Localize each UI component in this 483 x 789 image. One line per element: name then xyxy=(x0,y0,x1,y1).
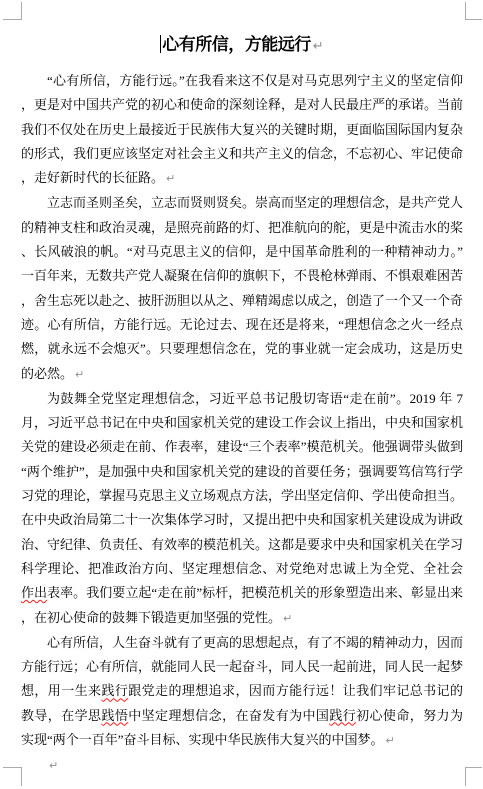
paragraph[interactable]: 心有所信，人生奋斗就有了更高的思想起点，有了不竭的精神动力，因而方能行远；心有所… xyxy=(21,631,463,753)
paragraph[interactable]: “心有所信，方能行远。”在我看来这不仅是对马克思列宁主义的坚定信仰，更是对中国共… xyxy=(21,69,463,191)
margin-crop-mark-top-left xyxy=(3,2,22,20)
spellcheck-underline: 践悟 xyxy=(101,708,128,723)
margin-crop-mark-top-right xyxy=(465,2,482,20)
margin-crop-mark-bottom-right xyxy=(465,767,482,786)
paragraph[interactable]: 为鼓舞全党坚定理想信念，习近平总书记殷切寄语“走在前”。2019 年 7 月，习… xyxy=(21,387,463,631)
spellcheck-underline: 作出 xyxy=(21,585,47,600)
document-title[interactable]: 心有所信，方能远行↵ xyxy=(21,31,463,60)
word-document-page: { "marks": { "pilcrow": "↵" }, "colors":… xyxy=(0,0,483,789)
spellcheck-underline: 践行 xyxy=(329,708,356,723)
spellcheck-underline: 践行 xyxy=(101,683,128,698)
paragraph[interactable]: ↵ xyxy=(21,753,463,778)
paragraph-mark-icon: ↵ xyxy=(47,759,58,772)
paragraph-mark-icon: ↵ xyxy=(73,368,84,381)
paragraph-container[interactable]: “心有所信，方能行远。”在我看来这不仅是对马克思列宁主义的坚定信仰，更是对中国共… xyxy=(21,69,463,779)
margin-crop-mark-bottom-left xyxy=(3,767,22,786)
paragraph-mark-icon: ↵ xyxy=(281,612,292,625)
paragraph-mark-icon: ↵ xyxy=(384,734,395,747)
document-text-area[interactable]: 心有所信，方能远行↵ “心有所信，方能行远。”在我看来这不仅是对马克思列宁主义的… xyxy=(21,31,463,779)
paragraph-mark-icon: ↵ xyxy=(164,172,175,185)
paragraph-mark-icon: ↵ xyxy=(311,39,324,54)
paragraph[interactable]: 立志而圣则圣矣，立志而贤则贤矣。崇高而坚定的理想信念，是共产党人的精神支柱和政治… xyxy=(21,191,463,386)
document-title-text: 心有所信，方能远行 xyxy=(162,35,311,54)
